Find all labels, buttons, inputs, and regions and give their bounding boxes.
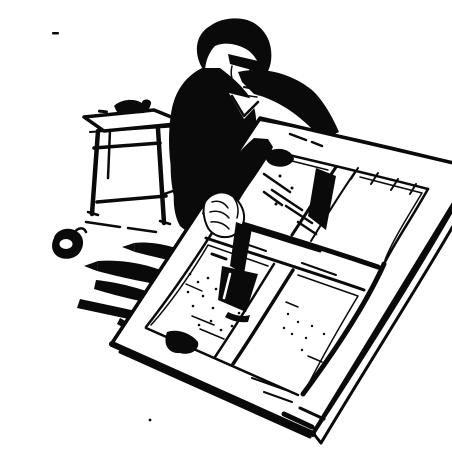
illustration <box>40 16 452 451</box>
illustration-canvas <box>40 16 452 451</box>
